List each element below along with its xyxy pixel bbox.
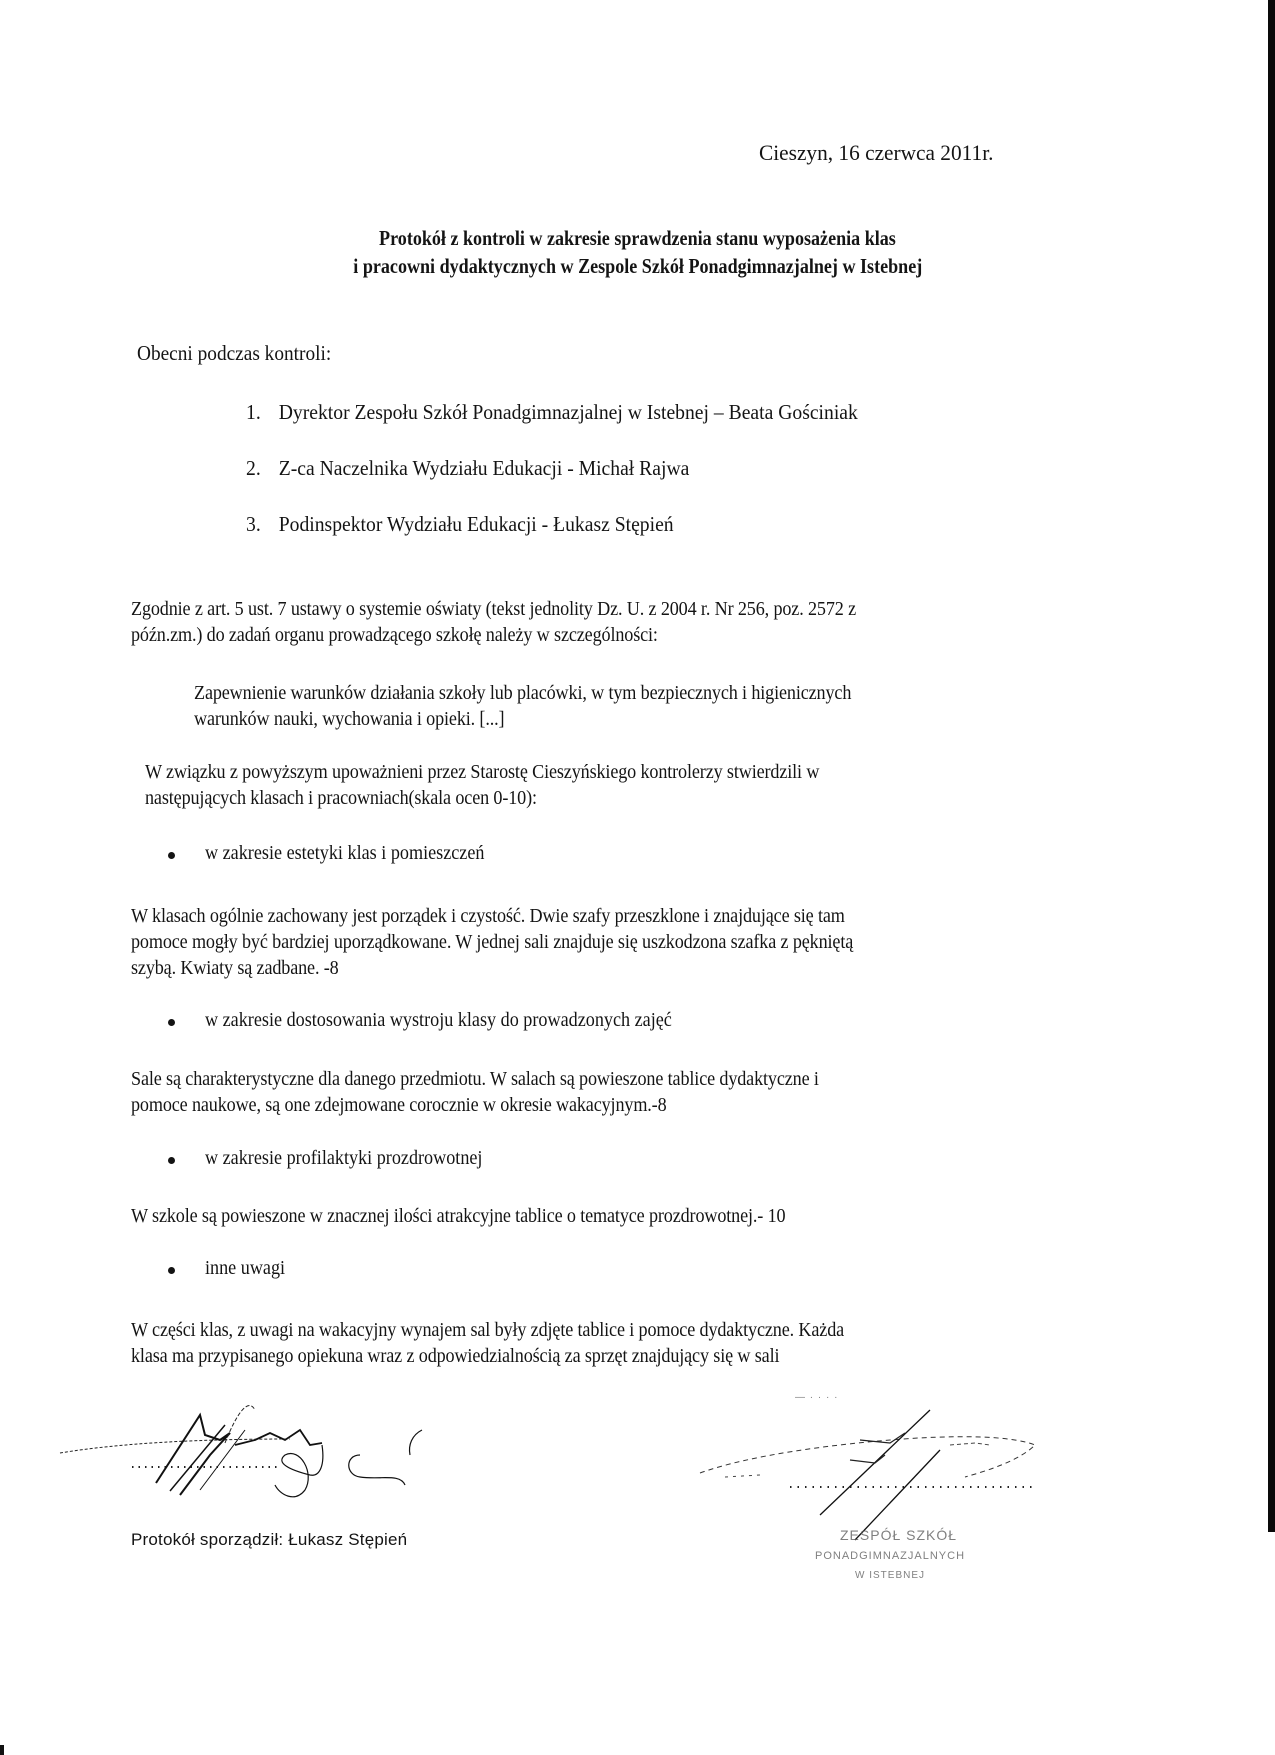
prepared-by: Protokół sporządził: Łukasz Stępień	[131, 1530, 407, 1550]
document-title-line-1: Protokół z kontroli w zakresie sprawdzen…	[0, 224, 1275, 252]
bullet-icon	[168, 1019, 175, 1026]
signature-left	[60, 1395, 460, 1515]
stamp-line: PONADGIMNAZJALNYCH	[815, 1550, 965, 1562]
document-title-line-2: i pracowni dydaktycznych w Zespole Szkół…	[0, 252, 1275, 280]
scanned-document-page: Cieszyn, 16 czerwca 2011r. Protokół z ko…	[0, 0, 1275, 1755]
section-body-health: W szkole są powieszone w znacznej ilości…	[131, 1204, 1061, 1230]
bullet-icon	[168, 852, 175, 859]
stamp-line: ZESPÓŁ SZKÓŁ	[840, 1527, 957, 1543]
section-body-other: W części klas, z uwagi na wakacyjny wyna…	[131, 1318, 1061, 1370]
findings-intro: W związku z powyższym upoważnieni przez …	[145, 760, 1075, 812]
present-label: Obecni podczas kontroli:	[137, 341, 331, 366]
legal-quote: Zapewnienie warunków działania szkoły lu…	[194, 681, 1124, 733]
section-body-aesthetics: W klasach ogólnie zachowany jest porząde…	[131, 904, 1061, 982]
place-date: Cieszyn, 16 czerwca 2011r.	[759, 140, 993, 166]
section-body-decor: Sale są charakterystyczne dla danego prz…	[131, 1067, 1061, 1119]
bullet-icon	[168, 1267, 175, 1274]
legal-basis-paragraph: Zgodnie z art. 5 ust. 7 ustawy o systemi…	[131, 597, 1061, 649]
stamp-line: W ISTEBNEJ	[855, 1570, 925, 1581]
bullet-icon	[168, 1157, 175, 1164]
scan-mark	[0, 1745, 4, 1755]
stamp-top-text: — · · · ·	[795, 1392, 838, 1403]
